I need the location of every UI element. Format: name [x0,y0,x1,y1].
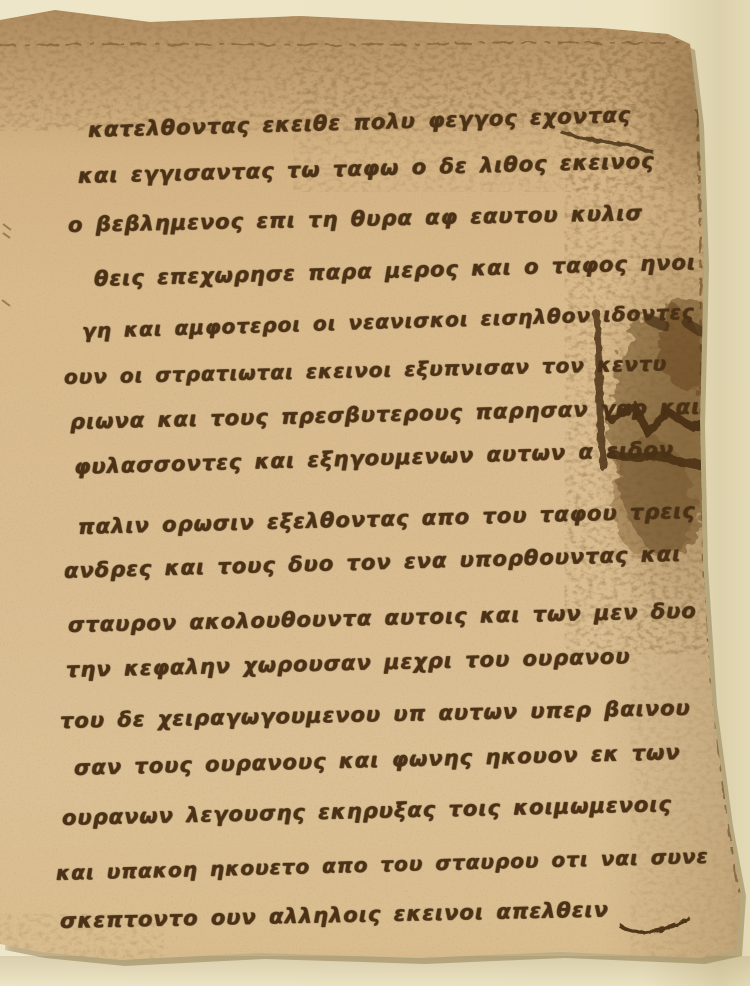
manuscript-photograph: κατελθοντας εκειθε πολυ φεγγος εχοντας κ… [0,0,750,986]
manuscript-line: γη και αμφοτεροι οι νεανισκοι εισηλθον ι… [82,299,695,344]
manuscript-line: του δε χειραγωγουμενου υπ αυτων υπερ βαι… [60,695,691,734]
manuscript-line: ο βεβλημενος επι τη θυρα αφ εαυτου κυλισ [68,200,643,238]
manuscript-line: ανδρες και τους δυο τον ενα υπορθουντας … [64,541,682,584]
manuscript-line: παλιν ορωσιν εξελθοντας απο του ταφου τρ… [78,498,696,540]
manuscript-text: κατελθοντας εκειθε πολυ φεγγος εχοντας κ… [0,0,750,986]
manuscript-line: την κεφαλην χωρουσαν μεχρι του ουρανου [66,643,631,683]
manuscript-line: θεις επεχωρησε παρα μερος και ο ταφος ην… [94,249,697,292]
manuscript-line: ουν οι στρατιωται εκεινοι εξυπνισαν τον … [64,350,668,390]
parchment-leaf: κατελθοντας εκειθε πολυ φεγγος εχοντας κ… [0,0,750,986]
manuscript-line: ουρανων λεγουσης εκηρυξας τοις κοιμωμενο… [62,791,673,831]
manuscript-line: ριωνα και τους πρεσβυτερους παρησαν γαρ … [70,394,701,435]
manuscript-line: σταυρον ακολουθουντα αυτοις και των μεν … [68,598,697,638]
manuscript-line: και εγγισαντας τω ταφω ο δε λιθος εκεινο… [78,148,655,189]
manuscript-line: κατελθοντας εκειθε πολυ φεγγος εχοντας [88,102,632,143]
manuscript-line: φυλασσοντες και εξηγουμενων αυτων α ειδο… [74,436,675,480]
manuscript-line: και υπακοη ηκουετο απο του σταυρου οτι ν… [56,843,709,886]
manuscript-line: σαν τους ουρανους και φωνης ηκουον εκ τω… [74,739,681,781]
manuscript-line: σκεπτοντο ουν αλληλοις εκεινοι απελθειν [60,897,609,934]
